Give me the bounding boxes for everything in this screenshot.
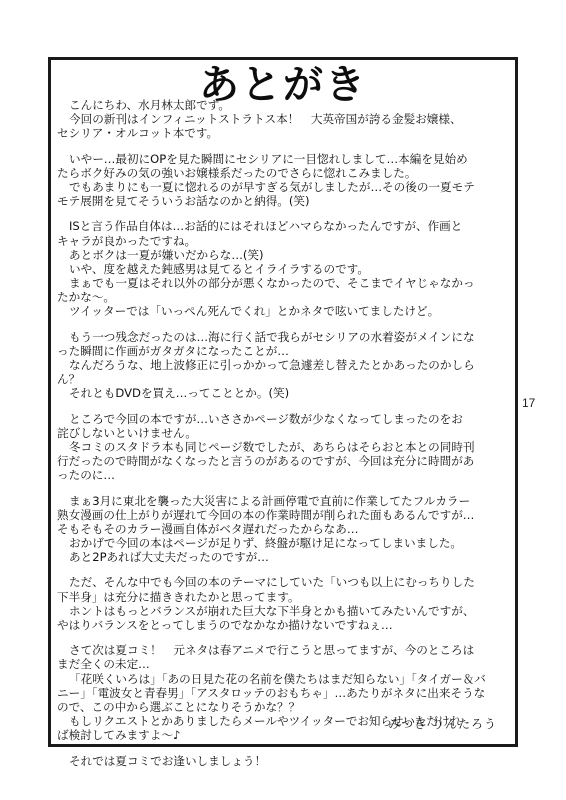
paragraph-spacer <box>57 319 507 330</box>
text-line: 冬コミのスタドラ本も同じページ数でしたが、あちらはそらおと本との同時刊 <box>57 440 507 454</box>
text-line: ホントはもっとバランスが崩れた巨大な下半身とかも描いてみたいんですが、 <box>57 604 507 618</box>
author-signature: みつき りんたろう <box>388 715 497 732</box>
text-line: さて次は夏コミ！ 元ネタは春アニメで行こうと思ってますが、今のところは <box>57 643 507 657</box>
text-line: いやー…最初にOPを見た瞬間にセシリアに一目惚れしまして…本編を見始め <box>57 152 507 166</box>
text-line: ところで今回の本ですが…いささかページ数が少なくなってしまったのをお <box>57 412 507 426</box>
paragraph-spacer <box>57 141 507 152</box>
text-line: まぁでも一夏はそれ以外の部分が悪くなかったので、そこまでイヤじゃなかっ <box>57 276 507 290</box>
paragraph-spacer <box>57 743 507 754</box>
text-line: あと2Pあれば大丈夫だったのですが… <box>57 550 507 564</box>
text-line: ツイッターでは「いっぺん死んでくれ」とかネタで呟いてましたけど。 <box>57 304 507 318</box>
paragraph: それでは夏コミでお逢いしましょう！ <box>57 754 507 768</box>
paragraph: まぁ3月に東北を襲った大災害による計画停電で直前に作業してたフルカラー熟女漫画の… <box>57 494 507 565</box>
text-line: 熟女漫画の仕上がりが遅れて今回の本の作業時間が削られた面もあるんですが… <box>57 508 507 522</box>
text-line: たらボク好みの気の強いお嬢様系だったのでさらに惚れこみました。 <box>57 166 507 180</box>
text-line: ただ、そんな中でも今回の本のテーマにしていた「いつも以上にむっちりした <box>57 575 507 589</box>
text-line: あとボクは一夏が嫌いだからな…(笑) <box>57 248 507 262</box>
text-line: ったのに… <box>57 468 507 482</box>
text-line: ので、この中から選ぶことになりそうかな？？ <box>57 700 507 714</box>
text-line: ん？ <box>57 372 507 386</box>
text-line: こんにちわ、水月林太郎です。 <box>57 98 507 112</box>
text-line: やはりバランスをとってしまうのでなかなか描けないですねぇ… <box>57 618 507 632</box>
paragraph: もう一つ残念だったのは…海に行く話で我らがセシリアの水着姿がメインになった瞬間に… <box>57 330 507 401</box>
paragraph: いやー…最初にOPを見た瞬間にセシリアに一目惚れしまして…本編を見始めたらボク好… <box>57 152 507 209</box>
text-line: そもそもそのカラー漫画自体がベタ遅れだったからなあ… <box>57 522 507 536</box>
text-line: いや、度を越えた鈍感男は見てるとイライラするのです。 <box>57 262 507 276</box>
text-line: それでは夏コミでお逢いしましょう！ <box>57 754 507 768</box>
text-line: 下半身」は充分に描ききれたかと思ってます。 <box>57 590 507 604</box>
text-line: でもあまりにも一夏に惚れるのが早すぎる気がしましたが…その後の一夏モテ <box>57 180 507 194</box>
text-line: たかな～。 <box>57 290 507 304</box>
afterword-frame: あとがき こんにちわ、水月林太郎です。今回の新刊はインフィニットストラトス本！ … <box>48 57 518 747</box>
afterword-body: こんにちわ、水月林太郎です。今回の新刊はインフィニットストラトス本！ 大英帝国が… <box>57 98 507 768</box>
paragraph-spacer <box>57 208 507 219</box>
text-line: それともDVDを買え…ってこととか。(笑) <box>57 386 507 400</box>
text-line: った瞬間に作画がガタガタになったことが… <box>57 344 507 358</box>
text-line: もう一つ残念だったのは…海に行く話で我らがセシリアの水着姿がメインにな <box>57 330 507 344</box>
text-line: 今回の新刊はインフィニットストラトス本！ 大英帝国が誇る金髪お嬢様、 <box>57 112 507 126</box>
text-line: なんだろうな、地上波修正に引っかかって急遽差し替えたとかあったのかしら <box>57 358 507 372</box>
paragraph-spacer <box>57 564 507 575</box>
text-line: 行だったので時間がなくなったと言うのがあるのですが、今回は充分に時間があ <box>57 454 507 468</box>
paragraph-spacer <box>57 483 507 494</box>
text-line: 「花咲くいろは」「あの日見た花の名前を僕たちはまだ知らない」「タイガー＆バ <box>57 672 507 686</box>
paragraph: こんにちわ、水月林太郎です。今回の新刊はインフィニットストラトス本！ 大英帝国が… <box>57 98 507 141</box>
text-line: ニー」「電波女と青春男」「アスタロッテのおもちゃ」…あたりがネタに出来そうな <box>57 686 507 700</box>
paragraph: ただ、そんな中でも今回の本のテーマにしていた「いつも以上にむっちりした下半身」は… <box>57 575 507 632</box>
text-line: セシリア・オルコット本です。 <box>57 126 507 140</box>
text-line: まだ全くの未定… <box>57 657 507 671</box>
text-line: キャラが良かったですね。 <box>57 234 507 248</box>
page-number: 17 <box>522 396 535 410</box>
text-line: おかげで今回の本はページが足りず、終盤が駆け足になってしまいました。 <box>57 536 507 550</box>
paragraph: ところで今回の本ですが…いささかページ数が少なくなってしまったのをお詫びしないと… <box>57 412 507 483</box>
paragraph: ISと言う作品自体は…お話的にはそれほどハマらなかったんですが、作画とキャラが良… <box>57 219 507 318</box>
paragraph-spacer <box>57 401 507 412</box>
text-line: まぁ3月に東北を襲った大災害による計画停電で直前に作業してたフルカラー <box>57 494 507 508</box>
text-line: モテ展開を見てそういうお話なのかと納得。(笑) <box>57 194 507 208</box>
text-line: ISと言う作品自体は…お話的にはそれほどハマらなかったんですが、作画と <box>57 219 507 233</box>
text-line: 詫びしないといけません。 <box>57 426 507 440</box>
paragraph-spacer <box>57 632 507 643</box>
